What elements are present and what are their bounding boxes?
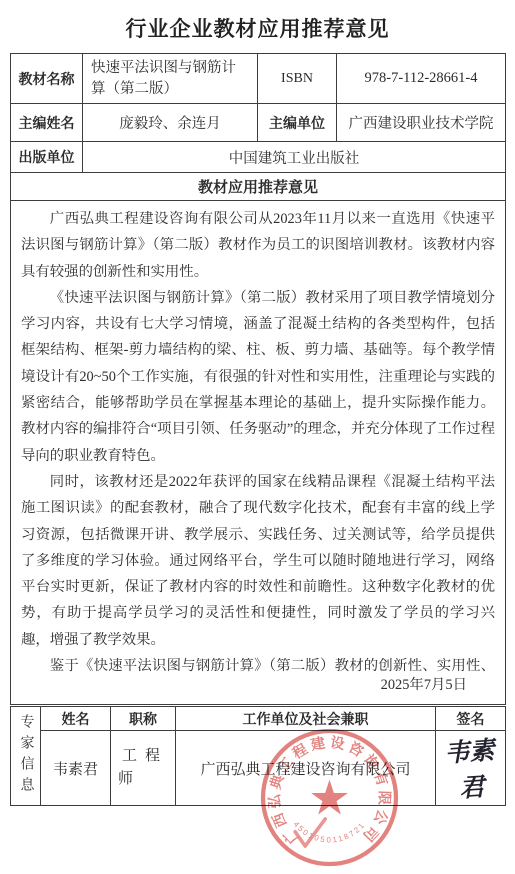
expert-header-title: 职称 [111, 707, 176, 731]
expert-name: 韦素君 [41, 731, 111, 806]
opinion-date: 2025年7月5日 [21, 672, 495, 704]
opinion-paragraphs: 广西弘典工程建设咨询有限公司从2023年11月以来一直选用《快速平法识图与钢筋计… [21, 206, 495, 672]
expert-header-org: 工作单位及社会兼职 [176, 707, 436, 731]
expert-header-signature: 签名 [436, 707, 506, 731]
expert-title: 工程师 [111, 731, 176, 806]
opinion-section-header: 教材应用推荐意见 [11, 173, 506, 201]
table-row: 韦素君 工程师 广西弘典工程建设咨询有限公司 韦素君 [11, 731, 506, 806]
expert-title-text: 工程师 [118, 745, 168, 791]
handwritten-signature: 韦素君 [436, 731, 506, 806]
table-row: 专家信息 姓名 职称 工作单位及社会兼职 签名 [11, 707, 506, 731]
editor-name-label: 主编姓名 [11, 104, 83, 142]
opinion-paragraph-1: 广西弘典工程建设咨询有限公司从2023年11月以来一直选用《快速平法识图与钢筋计… [21, 206, 495, 285]
table-row: 广西弘典工程建设咨询有限公司从2023年11月以来一直选用《快速平法识图与钢筋计… [11, 201, 506, 705]
editor-org-value: 广西建设职业技术学院 [337, 104, 506, 142]
isbn-value: 978-7-112-28661-4 [337, 54, 506, 104]
textbook-name-label: 教材名称 [11, 54, 83, 104]
publisher-label: 出版单位 [11, 142, 83, 173]
table-row: 主编姓名 庞毅玲、余连月 主编单位 广西建设职业技术学院 [11, 104, 506, 142]
opinion-paragraph-2: 《快速平法识图与钢筋计算》（第二版）教材采用了项目教学情境划分学习内容，共设有七… [21, 285, 495, 469]
table-row: 出版单位 中国建筑工业出版社 [11, 142, 506, 173]
table-row: 教材名称 快速平法识图与钢筋计算（第二版） ISBN 978-7-112-286… [11, 54, 506, 104]
page-title: 行业企业教材应用推荐意见 [0, 13, 515, 43]
opinion-paragraph-4: 鉴于《快速平法识图与钢筋计算》（第二版）教材的创新性、实用性、以及在数字化 教学… [21, 653, 495, 672]
textbook-name-value: 快速平法识图与钢筋计算（第二版） [83, 54, 258, 104]
seal-serial-number: 4501050118721 [292, 820, 368, 845]
expert-signature-cell: 韦素君 [436, 731, 506, 806]
expert-group-cell: 专家信息 [11, 707, 41, 806]
table-row: 教材应用推荐意见 [11, 173, 506, 201]
textbook-info-table: 教材名称 快速平法识图与钢筋计算（第二版） ISBN 978-7-112-286… [10, 53, 506, 705]
opinion-body: 广西弘典工程建设咨询有限公司从2023年11月以来一直选用《快速平法识图与钢筋计… [21, 206, 495, 704]
opinion-paragraph-3: 同时，该教材还是2022年获评的国家在线精品课程《混凝土结构平法施工图识读》的配… [21, 469, 495, 653]
isbn-label: ISBN [258, 54, 337, 104]
expert-header-name: 姓名 [41, 707, 111, 731]
expert-info-table: 专家信息 姓名 职称 工作单位及社会兼职 签名 韦素君 工程师 广西弘典工程建设… [10, 706, 506, 806]
editor-name-value: 庞毅玲、余连月 [83, 104, 258, 142]
seal-check-stroke [295, 819, 325, 846]
expert-group-label: 专家信息 [12, 714, 40, 798]
opinion-body-cell: 广西弘典工程建设咨询有限公司从2023年11月以来一直选用《快速平法识图与钢筋计… [11, 201, 506, 705]
editor-org-label: 主编单位 [258, 104, 337, 142]
expert-org: 广西弘典工程建设咨询有限公司 [176, 731, 436, 806]
publisher-value: 中国建筑工业出版社 [83, 142, 506, 173]
document-page: 行业企业教材应用推荐意见 教材名称 快速平法识图与钢筋计算（第二版） ISBN … [0, 0, 515, 874]
